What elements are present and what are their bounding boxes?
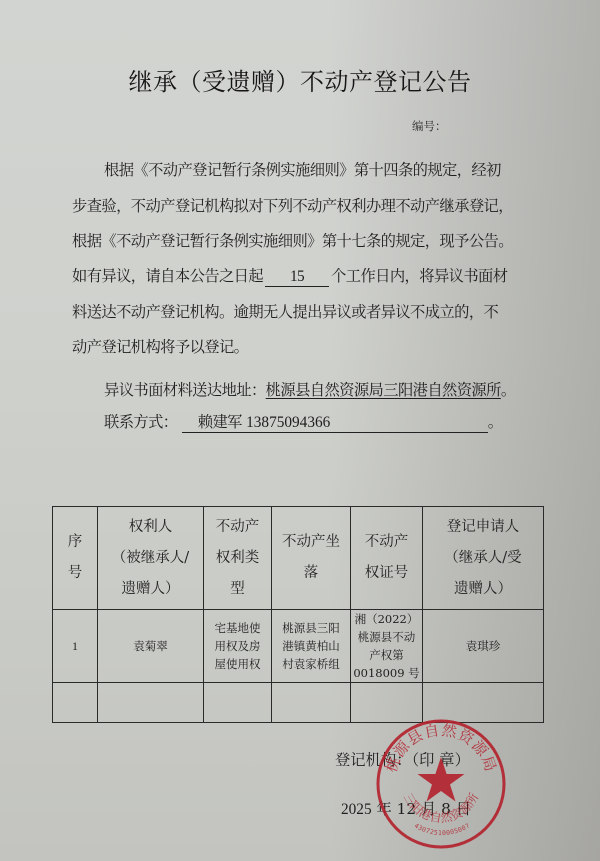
contact-name: 赖建军 [198, 413, 242, 431]
table-row-empty [53, 683, 544, 723]
paragraph-text: 个工作日内，将异议书面材 [331, 267, 507, 285]
address-label: 异议书面材料送达地址： [104, 381, 266, 399]
objection-days-value: 15 [265, 268, 329, 287]
contact-info: 联系方式： 赖建军 13875094366。 [104, 410, 502, 433]
contact-label: 联系方式： [104, 413, 178, 431]
header-index: 序号 [53, 507, 98, 610]
cell-applicant: 袁琪珍 [423, 610, 544, 683]
contact-end: 。 [488, 413, 503, 431]
svg-text:4307251000500?: 4307251000500? [413, 822, 471, 837]
contact-value: 赖建军 13875094366 [182, 413, 488, 433]
header-applicant: 登记申请人（继承人/受遗赠人） [423, 507, 544, 610]
cell-empty [272, 683, 351, 723]
paragraph-line: 步查验，不动产登记机构拟对下列不动产权利办理不动产继承登记， [72, 189, 552, 225]
official-seal-icon: 桃源县自然资源局 三阳港自然资源所 4307251000500? [374, 717, 508, 851]
header-right-type: 不动产权利类型 [204, 507, 272, 610]
date-rest: 年 12 月 8 日 [376, 800, 471, 818]
cell-certificate-no: 湘（2022）桃源县不动产权第0018009 号 [351, 610, 423, 683]
header-certificate-no: 不动产权证号 [351, 507, 423, 610]
announcement-date: 2025 年 12 月 8 日 [341, 797, 471, 819]
cell-empty [98, 683, 204, 723]
page-title: 继承（受遗赠）不动产登记公告 [0, 62, 600, 97]
paragraph-line: 根据《不动产登记暂行条例实施细则》第十七条的规定，现予公告。 [72, 224, 552, 260]
cell-right-holder: 袁菊翠 [98, 610, 204, 683]
cell-empty [351, 683, 423, 723]
objection-paragraph: 如有异议，请自本公告之日起15个工作日内，将异议书面材 料送达不动产登记机构。逾… [72, 259, 552, 366]
registration-table: 序号 权利人（被继承人/遗赠人） 不动产权利类型 不动产坐落 不动产权证号 登记… [52, 506, 544, 723]
table-header-row: 序号 权利人（被继承人/遗赠人） 不动产权利类型 不动产坐落 不动产权证号 登记… [53, 507, 544, 610]
contact-phone: 13875094366 [246, 414, 330, 431]
header-location: 不动产坐落 [272, 507, 351, 610]
address-end: 。 [501, 381, 516, 399]
cell-location: 桃源县三阳港镇黄柏山村袁家桥组 [272, 610, 351, 683]
cell-empty [53, 683, 98, 723]
objection-address: 异议书面材料送达地址：桃源县自然资源局三阳港自然资源所。 [104, 378, 516, 400]
address-value: 桃源县自然资源局三阳港自然资源所 [266, 381, 501, 399]
cell-right-type: 宅基地使用权及房屋使用权 [204, 610, 272, 683]
paragraph-text: 如有异议，请自本公告之日起 [72, 267, 263, 285]
paragraph-line: 料送达不动产登记机构。逾期无人提出异议或者异议不成立的，不 [72, 295, 552, 331]
legal-basis-paragraph: 根据《不动产登记暂行条例实施细则》第十四条的规定，经初 步查验，不动产登记机构拟… [72, 153, 552, 260]
registration-authority-label: 登记机构：（印 章） [335, 748, 470, 770]
table-row: 1 袁菊翠 宅基地使用权及房屋使用权 桃源县三阳港镇黄柏山村袁家桥组 湘（202… [53, 610, 544, 683]
cell-empty [204, 683, 272, 723]
cell-index: 1 [53, 610, 98, 683]
paragraph-line: 动产登记机构将予以登记。 [72, 330, 552, 366]
cell-empty [423, 683, 544, 723]
date-year: 2025 [341, 801, 372, 818]
doc-number-label: 编号： [412, 118, 447, 134]
paragraph-line: 根据《不动产登记暂行条例实施细则》第十四条的规定，经初 [72, 153, 552, 189]
header-right-holder: 权利人（被继承人/遗赠人） [98, 507, 204, 610]
